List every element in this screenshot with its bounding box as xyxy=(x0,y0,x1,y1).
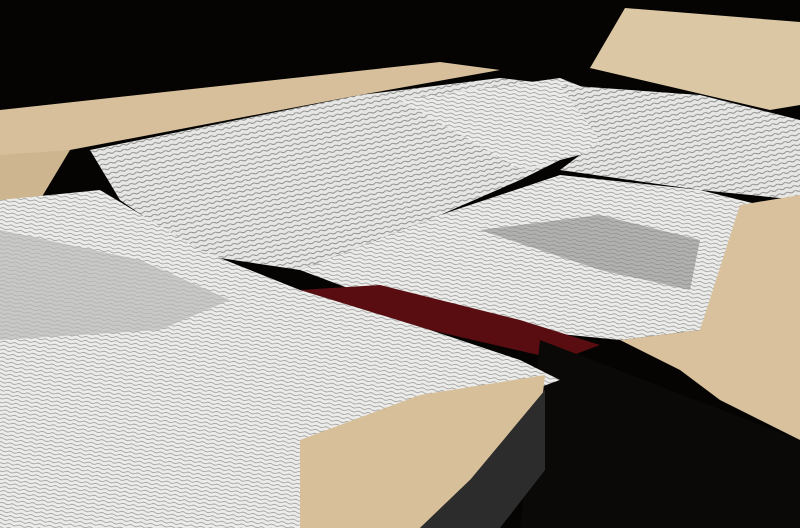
photo-scene xyxy=(0,0,800,528)
carved-books-illustration xyxy=(0,0,800,528)
